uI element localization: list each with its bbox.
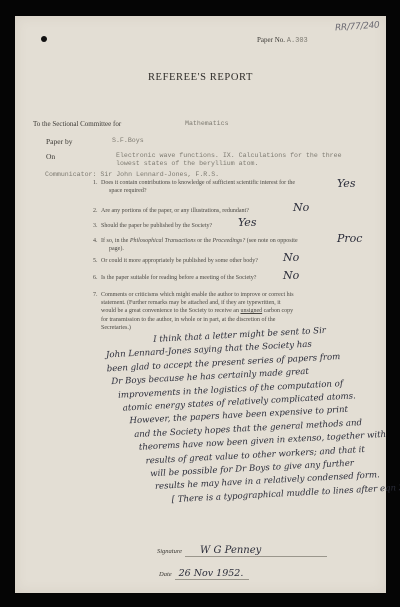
paper-by-value: S.F.Boys	[112, 137, 144, 144]
punch-hole	[41, 36, 47, 42]
paper-title-line1: Electronic wave functions. IX. Calculati…	[116, 152, 342, 159]
committee-label: To the Sectional Committee for	[33, 120, 121, 128]
question-4: 4.If so, in the Philosophical Transactio…	[93, 237, 298, 253]
answer-5: No	[283, 251, 299, 264]
paper-title-line2: lowest states of the beryllium atom.	[116, 160, 258, 167]
page-title: REFEREE'S REPORT	[15, 72, 386, 83]
question-2: 2.Are any portions of the paper, or any …	[93, 207, 249, 215]
answer-1: Yes	[337, 177, 355, 190]
archive-reference: RR/77/240	[335, 20, 380, 33]
on-label: On	[46, 152, 55, 161]
date-label: Date	[159, 571, 172, 578]
paper-by-label: Paper by	[46, 137, 72, 146]
answer-6: No	[283, 269, 299, 282]
signature-row: Signature W G Penney	[157, 540, 327, 557]
question-3: 3.Should the paper be published by the S…	[93, 222, 212, 230]
answer-3: Yes	[238, 216, 256, 229]
paper-number-label: Paper No.	[257, 36, 285, 44]
signature-label: Signature	[157, 548, 182, 555]
signature-value: W G Penney	[200, 545, 261, 556]
paper-number-value: A.303	[287, 37, 308, 45]
question-5: 5.Or could it more appropriately be publ…	[93, 257, 258, 265]
question-7: 7.Comments or criticisms which might ena…	[93, 291, 317, 332]
date-row: Date 26 Nov 1952.	[159, 563, 249, 580]
date-value: 26 Nov 1952.	[179, 568, 244, 579]
question-1: 1.Does it contain contributions to knowl…	[93, 179, 295, 195]
answer-4: Proc	[337, 232, 362, 245]
handwritten-comment: I think that a letter might be sent to S…	[113, 322, 392, 510]
paper-number: Paper No. A.303	[257, 36, 308, 45]
referee-report-page: RR/77/240 Paper No. A.303 REFEREE'S REPO…	[15, 16, 386, 593]
communicator: Communicator: Sir John Lennard-Jones, F.…	[45, 171, 219, 178]
committee-value: Mathematics	[185, 120, 229, 127]
answer-2: No	[293, 201, 309, 214]
question-6: 6.Is the paper suitable for reading befo…	[93, 274, 256, 282]
